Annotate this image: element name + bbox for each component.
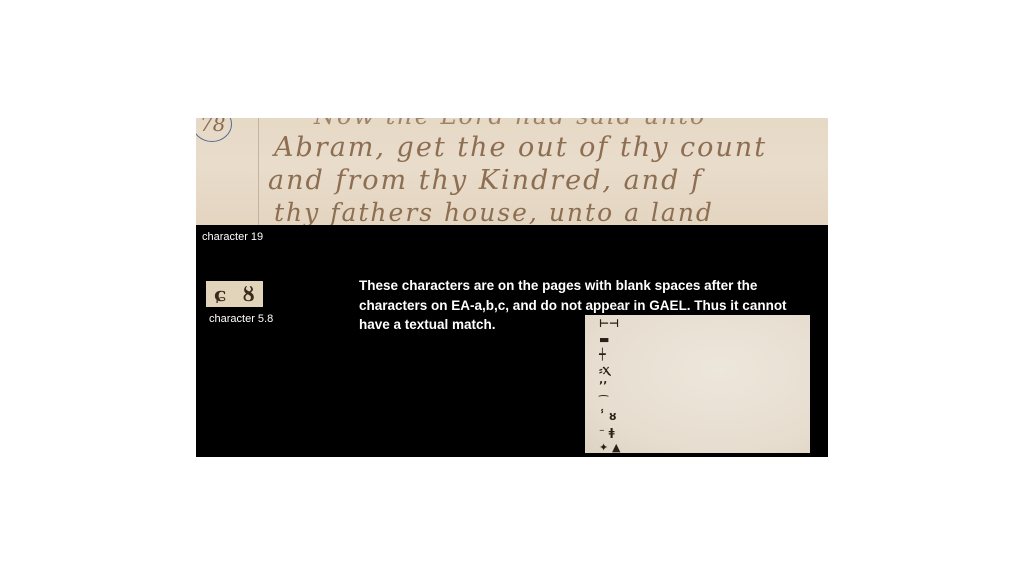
slide: 78 Now the Lord had said unto Abram, get… — [196, 118, 828, 457]
handwriting-line: and from thy Kindred, and f — [268, 165, 703, 196]
caption-character-5-8: character 5.8 — [209, 313, 273, 325]
margin-line — [258, 118, 259, 225]
glyph-row: ⸯ ȣ — [599, 410, 629, 425]
caption-character-19: character 19 — [202, 231, 263, 243]
inset-manuscript-image: ⊢⊣ ▬ ┿ ⸗Ⲭ ʼʼ ⁀ ⸯ ȣ ⁻ ǂ ✦ ▲ — [585, 315, 810, 453]
glyph: ɕ — [214, 282, 226, 306]
glyph-row: ⁻ ǂ — [599, 426, 629, 441]
page-number: 78 — [200, 118, 225, 136]
glyph-row: ⁀ — [599, 395, 629, 410]
glyph-column: ⊢⊣ ▬ ┿ ⸗Ⲭ ʼʼ ⁀ ⸯ ȣ ⁻ ǂ ✦ ▲ — [599, 317, 629, 453]
manuscript-image: 78 Now the Lord had said unto Abram, get… — [196, 118, 828, 225]
character-image: ɕ ȣ — [206, 281, 263, 307]
handwriting-line: thy fathers house, unto a land — [274, 198, 714, 225]
glyph-row: ▬ — [599, 333, 629, 348]
handwriting-line: Now the Lord had said unto — [314, 118, 706, 130]
glyph-row: ʼʼ — [599, 379, 629, 394]
glyph-row: ✦ ▲ — [599, 441, 629, 453]
handwriting-line: Abram, get the out of thy count — [274, 132, 767, 163]
glyph: ȣ — [243, 282, 255, 306]
glyph-row: ⸗Ⲭ — [599, 364, 629, 379]
glyph-row: ⊢⊣ — [599, 317, 629, 332]
glyph-row: ┿ — [599, 348, 629, 363]
